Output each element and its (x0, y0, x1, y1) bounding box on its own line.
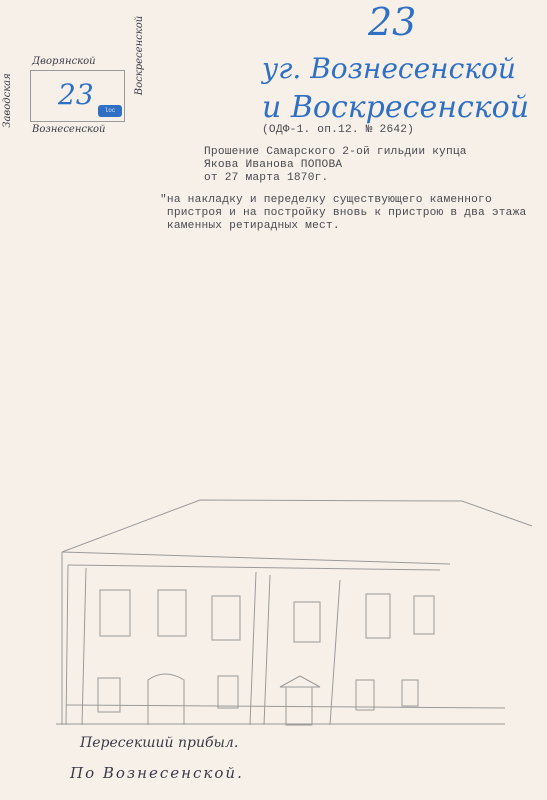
quote-line-3: каменных ретирадных мест. (160, 220, 340, 234)
building-facade-sketch (0, 480, 547, 730)
archive-reference: (ОДФ-1. оп.12. № 2642) (262, 124, 414, 138)
plan-label-bottom: Вознесенской (32, 124, 105, 135)
title-line-1: уг. Вознесенской (262, 52, 516, 85)
plan-label-top: Дворянской (32, 56, 96, 67)
quote-line-2: пристроя и на постройку вновь к пристрою… (160, 207, 526, 221)
petition-line-2: Якова Иванова ПОПОВА (204, 159, 342, 173)
petition-line-1: Прошение Самарского 2-ой гильдии купца (204, 146, 467, 160)
archive-stamp: loc (98, 105, 122, 117)
plan-label-right: Воскресенской (134, 16, 145, 95)
quote-line-1: "на накладку и переделку существующего к… (160, 194, 492, 208)
case-number: 23 (368, 0, 416, 44)
title-line-2: и Воскресенской (262, 90, 529, 125)
petition-line-3: от 27 марта 1870г. (204, 172, 328, 186)
plan-label-left: Заводская (2, 73, 13, 128)
sketch-caption-line-1: Пересекший прибыл. (80, 735, 238, 751)
plan-number: 23 (58, 78, 94, 111)
sketch-caption-line-2: По Вознесенской. (70, 764, 244, 782)
